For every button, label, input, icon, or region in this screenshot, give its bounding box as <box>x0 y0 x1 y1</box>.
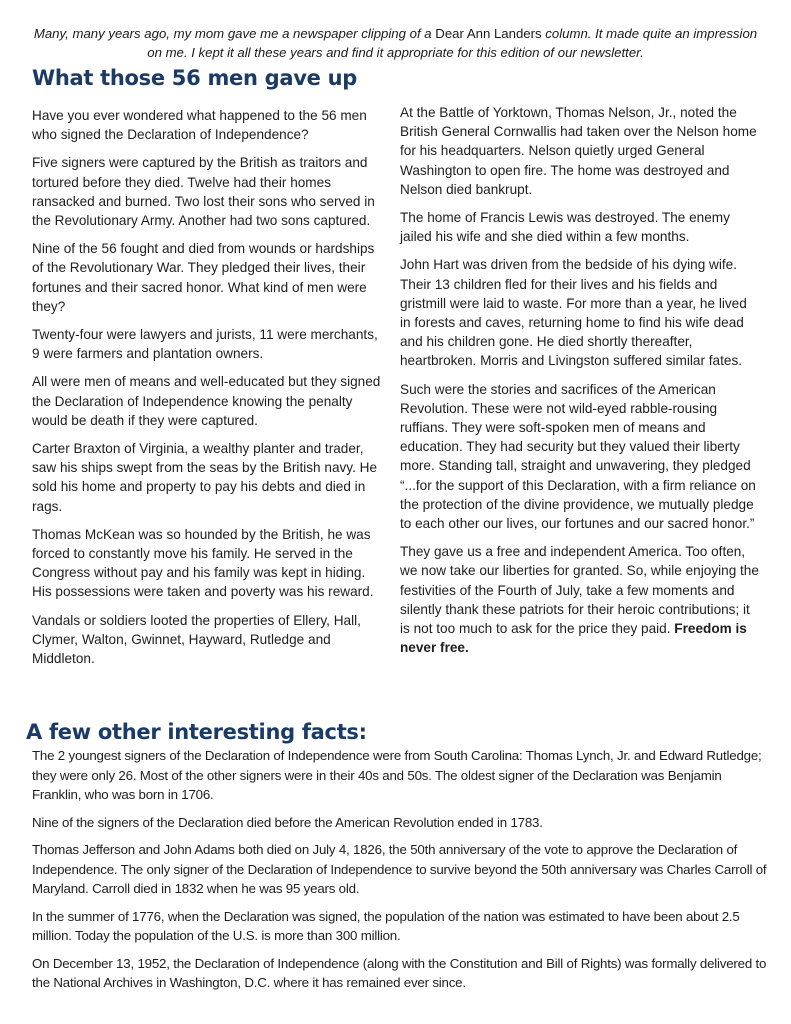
article-paragraph: John Hart was driven from the bedside of… <box>400 255 760 370</box>
article-paragraph: Have you ever wondered what happened to … <box>32 106 382 144</box>
article-title: What those 56 men gave up <box>32 66 357 90</box>
article-right-column: At the Battle of Yorktown, Thomas Nelson… <box>400 103 760 666</box>
article-paragraph: At the Battle of Yorktown, Thomas Nelson… <box>400 103 760 199</box>
fact-paragraph: In the summer of 1776, when the Declarat… <box>32 907 772 946</box>
article-paragraph: Vandals or soldiers looted the propertie… <box>32 611 382 669</box>
facts-section: The 2 youngest signers of the Declaratio… <box>32 746 772 1001</box>
facts-title: A few other interesting facts: <box>26 720 367 744</box>
intro-column-name: Dear Ann Landers <box>435 26 541 41</box>
fact-paragraph: Thomas Jefferson and John Adams both die… <box>32 840 772 899</box>
fact-paragraph: Nine of the signers of the Declaration d… <box>32 813 772 833</box>
article-paragraph: Carter Braxton of Virginia, a wealthy pl… <box>32 439 382 516</box>
intro-note: Many, many years ago, my mom gave me a n… <box>30 24 761 62</box>
article-paragraph: Thomas McKean was so hounded by the Brit… <box>32 525 382 602</box>
fact-paragraph: On December 13, 1952, the Declaration of… <box>32 954 772 993</box>
article-paragraph: Such were the stories and sacrifices of … <box>400 380 760 534</box>
article-closing-paragraph: They gave us a free and independent Amer… <box>400 542 760 657</box>
intro-text-1: Many, many years ago, my mom gave me a n… <box>34 26 435 41</box>
article-paragraph: Five signers were captured by the Britis… <box>32 153 382 230</box>
article-paragraph: Twenty-four were lawyers and jurists, 11… <box>32 325 382 363</box>
article-paragraph: The home of Francis Lewis was destroyed.… <box>400 208 760 246</box>
article-paragraph: All were men of means and well-educated … <box>32 372 382 430</box>
article-left-column: Have you ever wondered what happened to … <box>32 106 382 677</box>
article-paragraph: Nine of the 56 fought and died from woun… <box>32 239 382 316</box>
fact-paragraph: The 2 youngest signers of the Declaratio… <box>32 746 772 805</box>
